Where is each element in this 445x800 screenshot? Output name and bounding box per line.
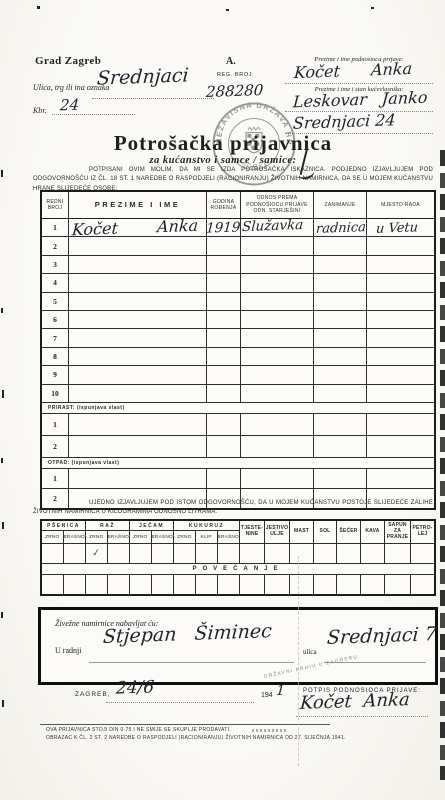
empty-cell	[314, 256, 367, 273]
group-label: JEČAM	[130, 521, 173, 531]
column-header-sol: SOL	[314, 521, 337, 543]
row-number: 3	[42, 256, 69, 273]
entry-handwritten-relation: Služavka	[241, 217, 303, 235]
entry-handwritten-occupation: radnica	[315, 220, 366, 237]
column-header-sapun: SAPUN ZA PRANJE	[385, 521, 411, 543]
table-header-row: REDNI BROJ PREZIME I IME GODINA ROĐENJA …	[42, 192, 434, 219]
fine-print-line-1: OVA PRIJAVNICA STOJI DIN 0·75 I NE SMIJE…	[46, 727, 231, 733]
group-psenica: PŠENICA ZRNO BRAŠNO	[42, 521, 86, 543]
street-underline	[92, 98, 214, 99]
row-number: 10	[42, 385, 69, 402]
print-smudge	[252, 729, 286, 732]
empty-cell	[367, 237, 434, 254]
group-kukuruz: KUKURUZ ZRNO KLIP BRAŠNO	[174, 521, 240, 543]
kbr-handwritten-value: 24	[59, 96, 79, 115]
empty-cell	[108, 575, 130, 594]
row-number: 1	[42, 469, 69, 488]
shop-declaration-box: Živežne namirnice nabavljat ću: U radnji…	[38, 607, 438, 685]
empty-cell	[314, 293, 367, 310]
shop-handwritten-street: Srednjaci 7	[326, 623, 437, 649]
empty-cell	[385, 575, 411, 594]
empty-cell	[337, 575, 361, 594]
empty-cell	[241, 329, 314, 346]
row-number: 5	[42, 293, 69, 310]
empty-cell	[196, 544, 218, 563]
sub-header: ZRNO	[174, 531, 196, 543]
date-underline	[106, 702, 254, 703]
column-header-redni-broj: REDNI BROJ	[42, 192, 69, 218]
scan-artifact	[1, 170, 3, 177]
empty-cell	[64, 575, 86, 594]
empty-cell	[152, 544, 174, 563]
table-row: 5	[42, 293, 434, 311]
otpad-row: 1	[42, 469, 434, 489]
empty-cell	[241, 366, 314, 383]
scan-artifact	[1, 612, 3, 618]
handwritten-date: 24/6	[115, 677, 155, 698]
empty-cell	[69, 366, 207, 383]
handwritten-check-cell: ✓	[86, 544, 108, 563]
row-number: 4	[42, 274, 69, 291]
column-header-odnos: ODNOS PREMA PODNOSIOCU PRIJAVE ODN. STAR…	[241, 192, 314, 218]
scan-artifact	[1, 458, 3, 463]
empty-cell	[241, 414, 314, 435]
reg-broj-label: REG. BROJ:	[217, 72, 254, 78]
empty-cell	[411, 544, 434, 563]
empty-cell	[241, 436, 314, 457]
empty-cell	[207, 274, 241, 291]
food-supplies-table: PŠENICA ZRNO BRAŠNO RAŽ ZRNO BRAŠNO JEČA…	[40, 519, 436, 596]
column-header-godina: GODINA ROĐENJA	[207, 192, 241, 218]
form-subtitle: za kućanstvo i samce / samice:	[58, 155, 388, 166]
group-label: RAŽ	[86, 521, 129, 531]
fine-print-line-2: OBRAZAC K ČL. 2 ST. 2 NAREDBE O RASPODJE…	[46, 735, 346, 741]
group-label: KUKURUZ	[174, 521, 239, 531]
fine-print-rule	[40, 724, 330, 725]
applicant-underline	[285, 83, 433, 84]
empty-cell	[367, 385, 434, 402]
empty-cell	[241, 385, 314, 402]
table-row: 10	[42, 385, 434, 403]
scan-artifact	[226, 9, 229, 11]
empty-cell	[207, 237, 241, 254]
archive-stamp-text: DRŽAVNI ARHIV U ZAGREBU	[263, 654, 358, 680]
empty-cell	[314, 366, 367, 383]
empty-cell	[411, 575, 434, 594]
scan-artifact	[37, 6, 40, 9]
empty-cell	[314, 348, 367, 365]
empty-cell	[69, 414, 207, 435]
empty-cell	[367, 311, 434, 328]
empty-cell	[69, 256, 207, 273]
sub-header: BRAŠNO	[108, 531, 129, 543]
scan-artifact	[2, 700, 4, 707]
empty-cell	[108, 544, 130, 563]
empty-cell	[265, 575, 290, 594]
form-title: Potrošačka prijavnica	[58, 131, 388, 156]
empty-cell	[241, 256, 314, 273]
empty-cell	[265, 544, 290, 563]
empty-cell	[361, 575, 385, 594]
scan-artifact	[371, 7, 374, 9]
scan-artifact	[2, 390, 4, 398]
empty-cell	[69, 469, 207, 488]
table-row: 7	[42, 329, 434, 347]
empty-cell	[367, 293, 434, 310]
group-jecam: JEČAM ZRNO BRAŠNO	[130, 521, 174, 543]
scan-artifact	[1, 308, 3, 313]
column-header-prezime-ime: PREZIME I IME	[69, 192, 207, 218]
city-heading: Grad Zagreb	[35, 55, 101, 67]
povecanje-band: POVEĆANJE	[42, 564, 434, 575]
empty-cell	[196, 575, 218, 594]
empty-cell	[314, 237, 367, 254]
empty-cell	[314, 469, 367, 488]
kbr-label: Kbr.	[33, 106, 47, 115]
scan-artifact	[2, 522, 4, 529]
empty-cell	[314, 436, 367, 457]
row-number: 9	[42, 366, 69, 383]
empty-cell	[240, 544, 265, 563]
empty-cell	[218, 544, 240, 563]
empty-cell	[69, 311, 207, 328]
empty-cell	[337, 544, 361, 563]
row-number: 2	[42, 237, 69, 254]
empty-cell	[207, 348, 241, 365]
empty-cell	[314, 274, 367, 291]
row-number: 1	[42, 414, 69, 435]
empty-cell	[130, 544, 152, 563]
empty-cell	[367, 274, 434, 291]
shop-name-underline	[89, 662, 294, 663]
table-row: 8	[42, 348, 434, 366]
table-row: 4	[42, 274, 434, 292]
column-header-mast: MAST	[290, 521, 314, 543]
empty-cell	[207, 385, 241, 402]
empty-cell	[42, 544, 64, 563]
place-label: ZAGREB,	[75, 691, 111, 698]
sub-header: BRAŠNO	[218, 531, 239, 543]
supplies-declaration-text: UJEDNO IZJAVLJUJEM POD ISTOM ODGOVORNOŠĆ…	[33, 499, 433, 518]
empty-cell	[241, 237, 314, 254]
empty-cell	[367, 436, 434, 457]
empty-cell	[367, 256, 434, 273]
shop-street-label: ulica	[303, 648, 317, 656]
sub-header: BRAŠNO	[64, 531, 85, 543]
kbr-underline	[52, 114, 135, 115]
page-edge-shadow	[440, 150, 445, 780]
landlord-handwritten-name: Leskovar Janko	[292, 88, 428, 112]
empty-cell	[207, 366, 241, 383]
empty-cell	[367, 348, 434, 365]
group-raz: RAŽ ZRNO BRAŠNO	[86, 521, 130, 543]
empty-cell	[86, 575, 108, 594]
otpad-section-label: OTPAD: (ispunjava vlast)	[42, 458, 434, 469]
empty-cell	[64, 544, 86, 563]
empty-cell	[314, 575, 337, 594]
empty-cell	[367, 414, 434, 435]
column-header-tjestenine: TJESTE-NINE	[240, 521, 265, 543]
table-row: 2	[42, 237, 434, 255]
street-handwritten-value: Srednjaci	[96, 64, 189, 89]
empty-cell	[207, 436, 241, 457]
empty-cell	[207, 293, 241, 310]
column-header-mjesto-rada: MJESTO RADA	[367, 192, 434, 218]
empty-cell	[207, 311, 241, 328]
empty-cell	[241, 311, 314, 328]
year-prefix: 194	[261, 692, 273, 699]
empty-cell	[174, 544, 196, 563]
row-number: 1	[42, 219, 69, 236]
empty-cell	[367, 366, 434, 383]
empty-cell	[240, 575, 265, 594]
signature-underline	[296, 716, 428, 717]
row-number: 7	[42, 329, 69, 346]
empty-cell	[152, 575, 174, 594]
row-number: 6	[42, 311, 69, 328]
empty-cell	[241, 274, 314, 291]
sub-header: ZRNO	[130, 531, 152, 543]
empty-cell	[69, 385, 207, 402]
empty-cell	[69, 348, 207, 365]
empty-cell	[207, 256, 241, 273]
empty-cell	[130, 575, 152, 594]
empty-cell	[241, 348, 314, 365]
applicant-handwritten-name: Kočet Anka	[293, 59, 412, 82]
handwritten-signature: Kočet Anka	[299, 689, 410, 714]
empty-cell	[290, 575, 314, 594]
sub-header: ZRNO	[86, 531, 108, 543]
row-number: 2	[42, 436, 69, 457]
entry-handwritten-birth-year: 1919	[205, 219, 240, 236]
supplies-increase-row	[42, 575, 434, 594]
supplies-header-row: PŠENICA ZRNO BRAŠNO RAŽ ZRNO BRAŠNO JEČA…	[42, 521, 434, 544]
empty-cell	[314, 385, 367, 402]
column-header-secer: ŠEĆER	[337, 521, 361, 543]
empty-cell	[218, 575, 240, 594]
table-row: 9	[42, 366, 434, 384]
scanned-form-page: Grad Zagreb Ulica, trg ili ina oznaka Sr…	[0, 0, 445, 800]
table-row: 6	[42, 311, 434, 329]
empty-cell	[207, 329, 241, 346]
empty-cell	[361, 544, 385, 563]
empty-cell	[367, 329, 434, 346]
column-header-petrolej: PETRO-LEJ	[411, 521, 434, 543]
empty-cell	[314, 544, 337, 563]
empty-cell	[314, 414, 367, 435]
empty-cell	[207, 414, 241, 435]
empty-cell	[207, 469, 241, 488]
prirast-section-label: PRIRAST: (ispunjava vlast)	[42, 403, 434, 414]
section-letter: A.	[226, 56, 236, 67]
empty-cell	[314, 311, 367, 328]
empty-cell	[367, 469, 434, 488]
check-mark: ✓	[92, 547, 102, 559]
shop-name-label: U radnji	[55, 646, 81, 655]
empty-cell	[174, 575, 196, 594]
prirast-row: 1	[42, 414, 434, 436]
supplies-value-row: ✓	[42, 544, 434, 564]
handwritten-year-digit: 1	[275, 683, 285, 699]
sub-header: KLIP	[196, 531, 218, 543]
prirast-row: 2	[42, 436, 434, 458]
group-label: PŠENICA	[42, 521, 85, 531]
column-header-jestivo-ulje: JESTIVO ULJE	[265, 521, 290, 543]
entry-handwritten-workplace: u Vetu	[375, 220, 418, 237]
empty-cell	[69, 329, 207, 346]
empty-cell	[42, 575, 64, 594]
column-header-zanimanje: ZANIMANJE	[314, 192, 367, 218]
empty-cell	[385, 544, 411, 563]
empty-cell	[290, 544, 314, 563]
sub-header: ZRNO	[42, 531, 64, 543]
empty-cell	[241, 293, 314, 310]
row-number: 8	[42, 348, 69, 365]
shop-handwritten-name: Stjepan Šiminec	[102, 620, 272, 648]
paper-crease	[298, 556, 299, 766]
empty-cell	[69, 293, 207, 310]
empty-cell	[69, 274, 207, 291]
column-header-kava: KAVA	[361, 521, 385, 543]
empty-cell	[314, 329, 367, 346]
empty-cell	[69, 436, 207, 457]
reg-broj-handwritten-value: 288280	[205, 81, 263, 101]
sub-header: BRAŠNO	[152, 531, 173, 543]
empty-cell	[241, 469, 314, 488]
landlord-handwritten-address: Srednjaci 24	[292, 110, 396, 133]
empty-cell	[69, 237, 207, 254]
table-row: 3	[42, 256, 434, 274]
